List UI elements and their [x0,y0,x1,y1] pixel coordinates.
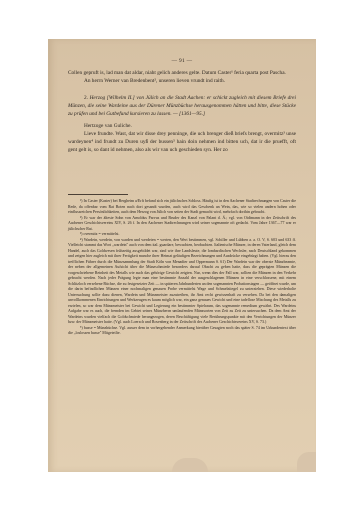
footnote-2: ²) Er war der älteste Sohn von Arnoldus … [68,215,296,232]
page-edge-tab [172,458,208,472]
footnote-4: ⁴) Wardein, werdein, von warden und werd… [68,237,296,325]
document-heading: 2. Herzog [Wilhelm II.] von Jülich an di… [68,94,296,118]
footnote-divider [68,194,128,195]
scanned-book-page: — 91 — Collen gepruft is, lad man dat al… [48,39,316,472]
footnotes-block: ¹) In Caster (Kaster) bei Bergheim a/Erf… [68,198,296,336]
page-corner-tab [297,452,316,472]
letter-address: An herrn Werner van Bredenbent², unseren… [68,77,296,85]
main-text-block: Collen gepruft is, lad man dat aldar, ni… [68,69,296,154]
document-number: 2. [84,95,88,101]
footnote-1: ¹) In Caster (Kaster) bei Bergheim a/Erf… [68,198,296,215]
letter-salutation: Hertzoge van Guliche. [68,122,296,130]
footnote-5: ⁵) busse = Münzbüchse. Vgl. ausser dem i… [68,325,296,336]
page-number: — 91 — [48,58,316,64]
document-summary: Herzog [Wilhelm II.] von Jülich an die S… [68,95,296,117]
letter-body: Lieve frundte. Wast, dat wir disse drey … [68,130,296,154]
letter-closing-text: Collen gepruft is, lad man dat aldar, ni… [68,69,296,77]
